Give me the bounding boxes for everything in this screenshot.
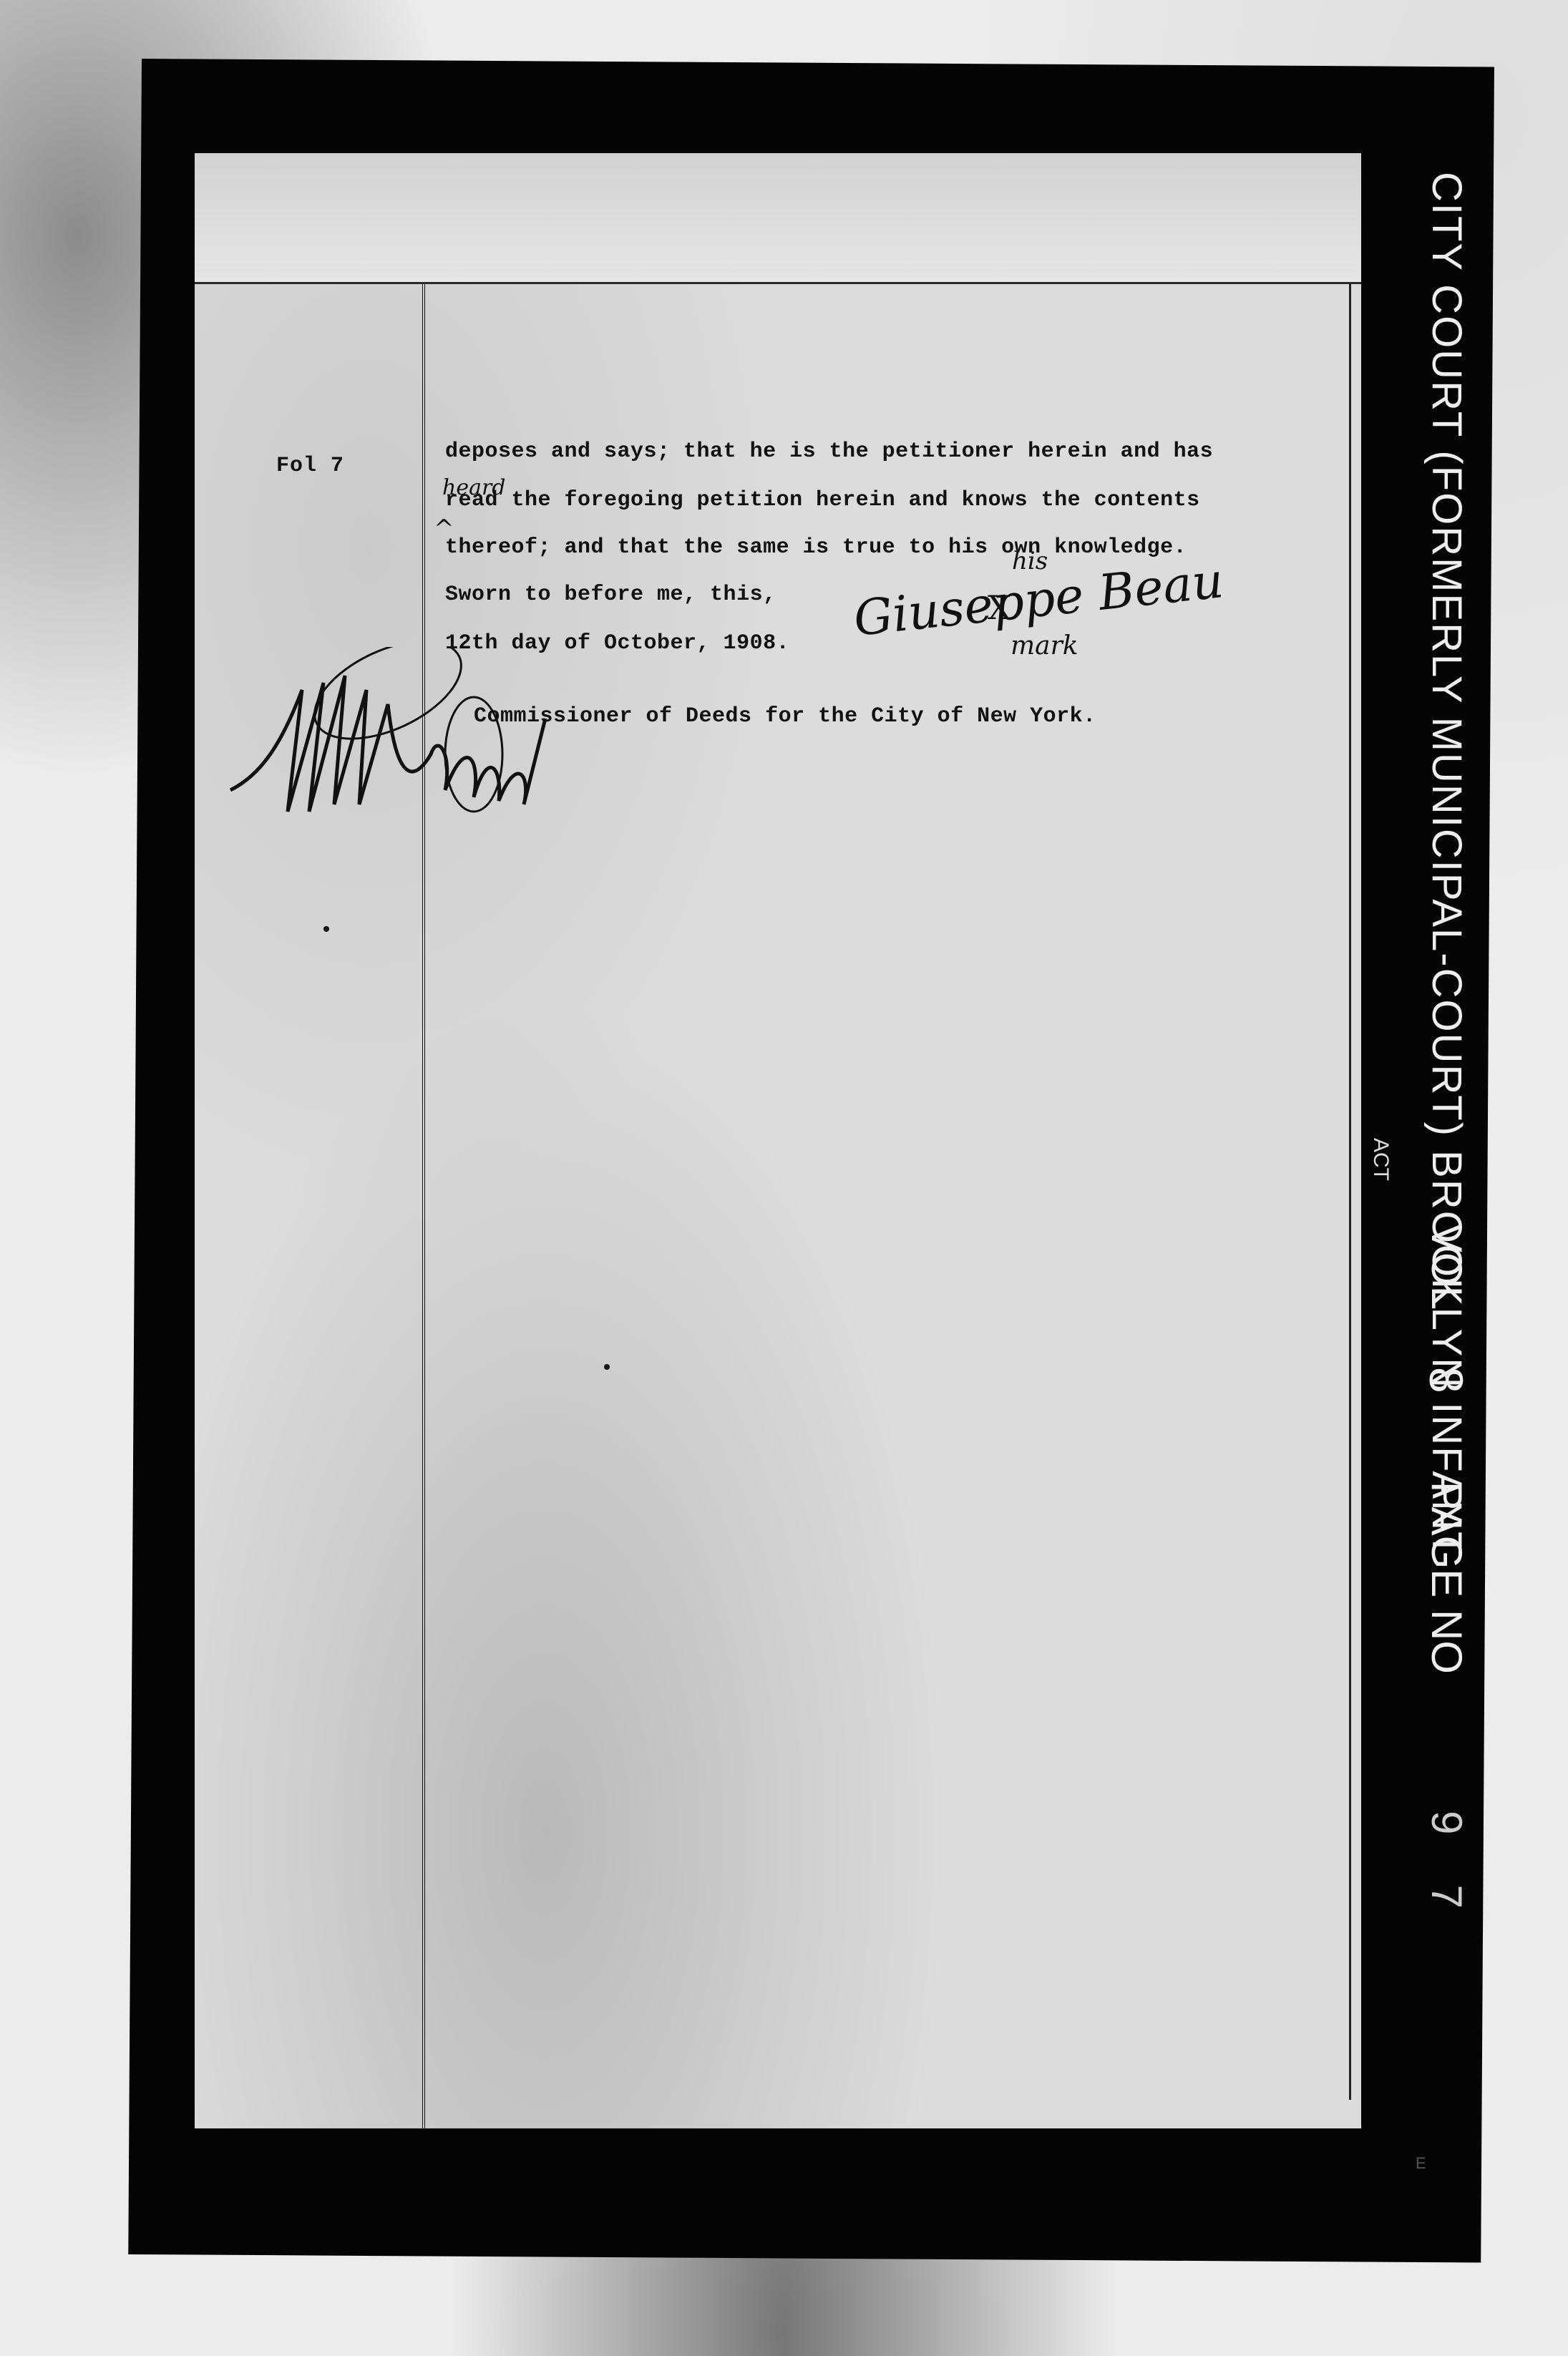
mark-symbol: X — [988, 588, 1011, 627]
typed-line: thereof; and that the same is true to hi… — [445, 535, 1187, 560]
document-page: Fol 7 deposes and says; that he is the p… — [195, 153, 1361, 2128]
typed-line: Sworn to before me, this, — [445, 583, 776, 607]
spine-page-label: PAGE NO — [1407, 1481, 1486, 1674]
commissioner-signature — [216, 647, 617, 833]
insertion-caret: ^ — [434, 515, 454, 543]
speck — [604, 1364, 610, 1370]
mark-below-text: mark — [1011, 631, 1078, 661]
handwritten-interlineation: heard — [442, 475, 506, 500]
speck — [323, 926, 329, 932]
spine-label: CITY COURT (FORMERLY MUNICIPAL-COURT) BR… — [1407, 172, 1486, 2075]
corner-mark: E — [1416, 2154, 1426, 2173]
spine-vol-number: 8 — [1407, 1367, 1486, 1393]
folio-label: Fol 7 — [276, 454, 344, 478]
spine-court-name: CITY COURT (FORMERLY MUNICIPAL-COURT) BR… — [1407, 172, 1486, 1559]
typed-line: deposes and says; that he is the petitio… — [445, 439, 1213, 464]
spine-vol-label: VOL — [1407, 1224, 1486, 1310]
typed-line: read the foregoing petition herein and k… — [445, 488, 1200, 512]
spine-page-number: 97 — [1407, 1811, 1486, 1959]
right-rule — [1349, 283, 1351, 2100]
spine-act-label: ACT — [1368, 1138, 1393, 1181]
page-top-band — [195, 153, 1361, 284]
margin-rule — [422, 283, 428, 2128]
